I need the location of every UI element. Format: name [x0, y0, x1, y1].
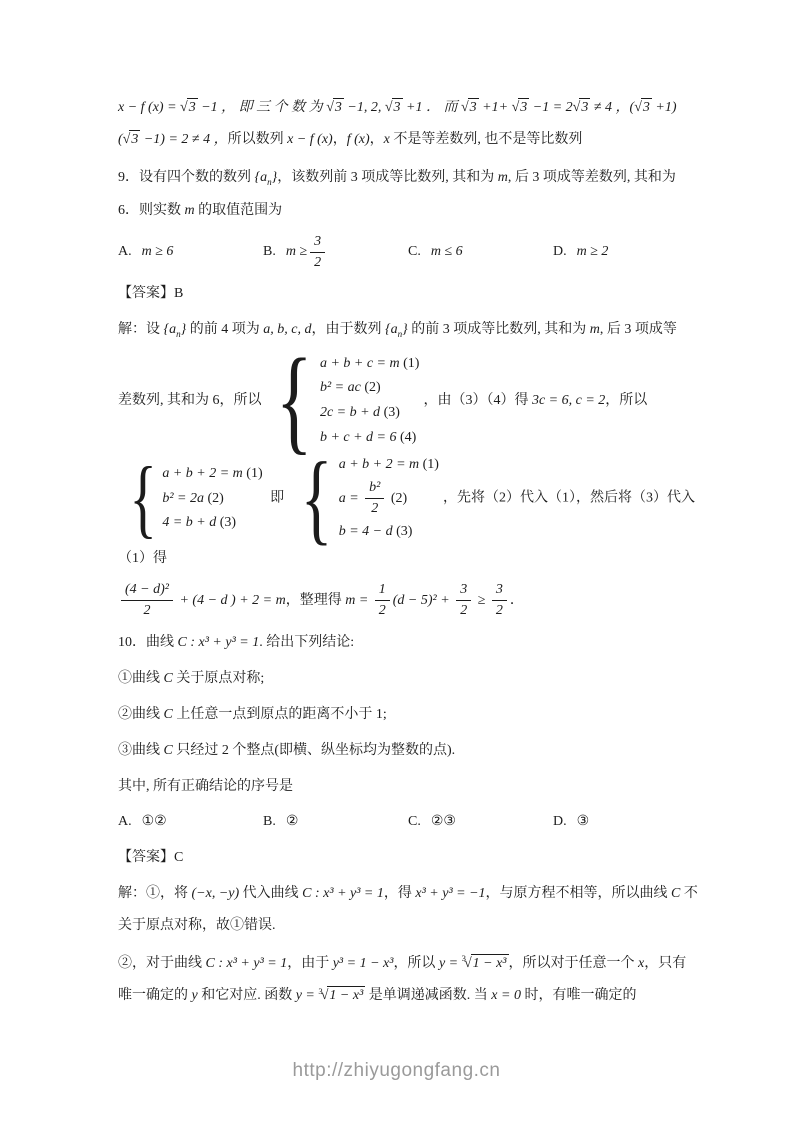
- math-text: m: [590, 322, 600, 337]
- solution-10-part-2: ②，对于曲线 C : x³ + y³ = 1，由于 y³ = 1 − x³，所以…: [118, 948, 698, 1012]
- math-text: m ≥ 6: [142, 238, 174, 266]
- answer-9: 【答案】B: [118, 278, 698, 310]
- option-label: D.: [553, 808, 567, 836]
- math-text: a + b + 2 = m: [339, 457, 419, 472]
- text-run: 的前 3 项成等比数列, 其和为: [408, 322, 590, 337]
- fraction: (4 − d)²2: [121, 581, 173, 620]
- math-text: C: [164, 743, 173, 758]
- radical-sign: √: [180, 100, 187, 115]
- fraction-denominator: 2: [143, 601, 150, 620]
- math-text: C: [164, 671, 173, 686]
- text-run: (3): [393, 524, 413, 539]
- math-text: m: [185, 203, 195, 218]
- footer-url: http://zhiyugongfang.cn: [0, 1060, 793, 1082]
- math-text: 4 = b + d: [162, 515, 216, 530]
- text-run: ，所以对于任意一个: [509, 956, 639, 971]
- radicand: 3: [518, 98, 529, 117]
- text-run: ③曲线: [118, 743, 164, 758]
- square-root: √3: [180, 100, 198, 115]
- radicand: 3: [392, 98, 403, 117]
- system-equation: 4 = b + d (3): [162, 512, 262, 534]
- square-root: √3: [123, 132, 141, 147]
- math-text: a =: [339, 491, 362, 506]
- radical-sign: √: [573, 100, 580, 115]
- fraction: b²2: [365, 479, 384, 518]
- document-content: x − f (x) = √3 −1 ， 即 三 个 数 为 √3 −1, 2, …: [118, 92, 698, 1018]
- text-run: 9．设有四个数的数列: [118, 170, 255, 185]
- system-equation: a + b + c = m (1): [320, 353, 420, 375]
- text-run: ①②: [142, 808, 167, 836]
- fraction-numerator: b²: [365, 479, 384, 499]
- text-run: 是单调递减函数. 当: [365, 988, 491, 1003]
- text-run: , 后 3 项成等: [600, 322, 677, 337]
- option-label: D.: [553, 238, 567, 266]
- math-text: m ≥: [286, 238, 307, 266]
- question-9-options: A.m ≥ 6B.m ≥ 32C.m ≤ 6D.m ≥ 2: [118, 233, 698, 272]
- math-text: b² = 2a: [162, 491, 204, 506]
- radical-sign: √: [512, 100, 519, 115]
- question-9: 9．设有四个数的数列 {an}，该数列前 3 项成等比数列, 其和为 m, 后 …: [118, 162, 698, 226]
- system-equation: a + b + 2 = m (1): [162, 463, 262, 485]
- radicand: 3: [333, 98, 344, 117]
- math-text: −1, 2,: [344, 100, 385, 115]
- equation-system: {a + b + 2 = m (1)a = b²2 (2)b = 4 − d (…: [292, 454, 439, 543]
- text-run: ，得: [384, 886, 416, 901]
- math-text: x − f (x) =: [118, 100, 180, 115]
- conclusion-3: ③曲线 C 只经过 2 个整点(即横、纵坐标均为整数的点).: [118, 735, 698, 767]
- system-rows: a + b + c = m (1)b² = ac (2)2c = b + d (…: [318, 353, 420, 449]
- math-text: y =: [296, 988, 319, 1003]
- text-run: ，: [370, 132, 384, 147]
- radicand: 3: [129, 130, 140, 149]
- math-text: y =: [439, 956, 462, 971]
- system-brace: {: [300, 458, 332, 540]
- math-text: {a: [164, 322, 177, 337]
- math-text: {a: [255, 170, 268, 185]
- text-run: (3): [216, 515, 236, 530]
- text-run: ，: [333, 132, 347, 147]
- text-run: 其中, 所有正确结论的序号是: [118, 779, 293, 794]
- square-root: √3: [326, 100, 344, 115]
- math-text: 3c = 6, c = 2: [532, 393, 605, 408]
- question-9-options-D: D.m ≥ 2: [553, 233, 698, 272]
- text-run: ①曲线: [118, 671, 164, 686]
- fraction-denominator: 2: [379, 601, 386, 620]
- fraction: 32: [456, 581, 471, 620]
- text-run: 代入曲线: [239, 886, 302, 901]
- text-run: ，整理得: [286, 593, 346, 608]
- fraction-numerator: (4 − d)²: [121, 581, 173, 601]
- radical-sign: √: [634, 100, 641, 115]
- cube-root: 3√1 − x³: [318, 988, 365, 1003]
- text-run: (2): [387, 491, 407, 506]
- text-run: . 给出下列结论:: [259, 635, 354, 650]
- question-10-options-B: B.②: [263, 808, 408, 836]
- radical-sign: √: [326, 100, 333, 115]
- math-text: m ≤ 6: [431, 238, 463, 266]
- question-10-prompt: 其中, 所有正确结论的序号是: [118, 771, 698, 803]
- text-run: ，该数列前 3 项成等比数列, 其和为: [277, 170, 498, 185]
- solution-9-conclusion: (4 − d)²2 + (4 − d ) + 2 = m，整理得 m = 12(…: [118, 581, 698, 620]
- option-label: A.: [118, 238, 132, 266]
- text-run: ，所以: [393, 956, 439, 971]
- math-text: +1+: [479, 100, 512, 115]
- system-rows: a + b + 2 = m (1)a = b²2 (2)b = 4 − d (3…: [337, 454, 439, 543]
- conclusion-1: ①曲线 C 关于原点对称;: [118, 663, 698, 695]
- math-text: −1 ， 即 三 个 数 为: [198, 100, 326, 115]
- fraction: 32: [310, 233, 325, 272]
- text-run: 即: [267, 491, 288, 506]
- text-run: ③: [577, 808, 590, 836]
- fraction-numerator: 3: [456, 581, 471, 601]
- text-run: ②: [286, 808, 299, 836]
- square-root: √3: [573, 100, 591, 115]
- text-run: ②，对于曲线: [118, 956, 206, 971]
- text-run: ，由于: [287, 956, 333, 971]
- question-10-options-D: D.③: [553, 808, 698, 836]
- text-run: ，由（3）（4）得: [423, 393, 532, 408]
- text-run: 10．曲线: [118, 635, 178, 650]
- text-run: 差数列, 其和为 6，所以: [118, 393, 262, 408]
- fraction-denominator: 2: [314, 253, 321, 272]
- radicand: 3: [641, 98, 652, 117]
- math-text: 2c = b + d: [320, 405, 380, 420]
- system-equation: a + b + 2 = m (1): [339, 454, 439, 476]
- math-text: x: [384, 132, 394, 147]
- math-text: −1) = 2 ≠ 4 ，: [140, 132, 227, 147]
- text-run: ②③: [431, 808, 456, 836]
- option-label: C.: [408, 238, 421, 266]
- fraction-denominator: 2: [460, 601, 467, 620]
- solution-9-system-1: 差数列, 其和为 6，所以{a + b + c = m (1)b² = ac (…: [118, 353, 698, 449]
- system-equation: b² = 2a (2): [162, 488, 262, 510]
- question-9-options-C: C.m ≤ 6: [408, 233, 553, 272]
- radicand: 3: [468, 98, 479, 117]
- text-run: 只经过 2 个整点(即横、纵坐标均为整数的点).: [173, 743, 455, 758]
- math-text: ≥: [474, 593, 489, 608]
- fraction-denominator: 2: [371, 499, 378, 518]
- text-run: (2): [204, 491, 224, 506]
- system-equation: 2c = b + d (3): [320, 402, 420, 424]
- math-text: x − f (x): [287, 132, 333, 147]
- math-text: m ≥ 2: [577, 238, 609, 266]
- solution-9-system-2: {a + b + 2 = m (1)b² = 2a (2)4 = b + d (…: [118, 454, 698, 575]
- radical-sign: √: [464, 956, 471, 971]
- math-text: −1 = 2: [529, 100, 572, 115]
- math-text: C: [671, 886, 680, 901]
- document-page: x − f (x) = √3 −1 ， 即 三 个 数 为 √3 −1, 2, …: [0, 0, 793, 1122]
- math-text: a + b + c = m: [320, 356, 400, 371]
- text-run: (1): [419, 457, 439, 472]
- equation-system: {a + b + 2 = m (1)b² = 2a (2)4 = b + d (…: [122, 463, 263, 534]
- math-text: a + b + 2 = m: [162, 466, 242, 481]
- math-text: +1 ． 而: [403, 100, 461, 115]
- text-run: ，与原方程不相等，所以曲线: [486, 886, 672, 901]
- text-run: (1): [400, 356, 420, 371]
- radical-sign: √: [123, 132, 130, 147]
- radical-sign: √: [385, 100, 392, 115]
- radical-sign: √: [321, 988, 328, 1003]
- solution-9-setup: 解：设 {an} 的前 4 项为 a, b, c, d，由于数列 {an} 的前…: [118, 314, 698, 346]
- text-run: (1): [243, 466, 263, 481]
- fraction: 12: [375, 581, 390, 620]
- option-label: B.: [263, 808, 276, 836]
- text-run: (2): [361, 380, 381, 395]
- text-run: 所以数列: [228, 132, 288, 147]
- question-10-options: A.①②B.②C.②③D.③: [118, 808, 698, 836]
- square-root: √3: [634, 100, 652, 115]
- text-run: 解：①，将: [118, 886, 192, 901]
- system-brace: {: [129, 463, 157, 534]
- math-text: C : x³ + y³ = 1: [302, 886, 384, 901]
- math-text: x = 0: [491, 988, 521, 1003]
- fraction: 32: [492, 581, 507, 620]
- fraction-numerator: 3: [492, 581, 507, 601]
- text-run: 时，有唯一确定的: [521, 988, 637, 1003]
- radical-sign: √: [461, 100, 468, 115]
- system-equation: a = b²2 (2): [339, 479, 439, 518]
- option-label: B.: [263, 238, 276, 266]
- math-text: b² = ac: [320, 380, 361, 395]
- square-root: √3: [385, 100, 403, 115]
- text-run: (4): [397, 430, 417, 445]
- answer-10: 【答案】C: [118, 842, 698, 874]
- solution-8-continued: x − f (x) = √3 −1 ， 即 三 个 数 为 √3 −1, 2, …: [118, 92, 698, 156]
- system-rows: a + b + 2 = m (1)b² = 2a (2)4 = b + d (3…: [160, 463, 262, 534]
- system-brace: {: [275, 353, 312, 447]
- math-text: (−x, −y): [192, 886, 240, 901]
- square-root: √3: [512, 100, 530, 115]
- text-run: 上任意一点到原点的距离不小于 1;: [173, 707, 387, 722]
- radicand: 3: [187, 98, 198, 117]
- text-run: ，由于数列: [311, 322, 385, 337]
- option-label: C.: [408, 808, 421, 836]
- question-10-options-A: A.①②: [118, 808, 263, 836]
- system-equation: b² = ac (2): [320, 377, 420, 399]
- question-9-options-A: A.m ≥ 6: [118, 233, 263, 272]
- text-run: ．: [510, 593, 524, 608]
- text-run: 和它对应. 函数: [198, 988, 296, 1003]
- radicand: 3: [579, 98, 590, 117]
- system-equation: b = 4 − d (3): [339, 521, 439, 543]
- math-text: C : x³ + y³ = 1: [178, 635, 260, 650]
- fraction-numerator: 1: [375, 581, 390, 601]
- text-run: ，所以: [605, 393, 647, 408]
- system-equation: b + c + d = 6 (4): [320, 427, 420, 449]
- question-10: 10．曲线 C : x³ + y³ = 1. 给出下列结论:: [118, 627, 698, 659]
- math-text: {a: [385, 322, 398, 337]
- radicand: 1 − x³: [471, 954, 509, 973]
- math-text: m: [498, 170, 508, 185]
- math-text: y³ = 1 − x³: [333, 956, 394, 971]
- cube-root: 3√1 − x³: [462, 956, 509, 971]
- math-text: b = 4 − d: [339, 524, 393, 539]
- question-10-options-C: C.②③: [408, 808, 553, 836]
- math-text: + (4 − d ) + 2 = m: [176, 593, 286, 608]
- math-text: f (x): [347, 132, 370, 147]
- text-run: 关于原点对称;: [173, 671, 264, 686]
- text-run: 解：设: [118, 322, 164, 337]
- text-run: 【答案】C: [118, 850, 183, 865]
- text-run: 的取值范围为: [195, 203, 283, 218]
- math-text: C: [164, 707, 173, 722]
- text-run: ②曲线: [118, 707, 164, 722]
- text-run: 【答案】B: [118, 286, 183, 301]
- question-9-options-B: B.m ≥ 32: [263, 233, 408, 272]
- equation-system: {a + b + c = m (1)b² = ac (2)2c = b + d …: [266, 353, 420, 449]
- radicand: 1 − x³: [327, 986, 365, 1005]
- fraction-denominator: 2: [496, 601, 503, 620]
- option-label: A.: [118, 808, 132, 836]
- square-root: √3: [461, 100, 479, 115]
- math-text: m =: [345, 593, 372, 608]
- text-run: (3): [380, 405, 400, 420]
- math-text: C : x³ + y³ = 1: [206, 956, 288, 971]
- math-text: x³ + y³ = −1: [415, 886, 485, 901]
- math-text: ≠ 4 ，: [590, 100, 629, 115]
- math-text: (d − 5)² +: [393, 593, 453, 608]
- solution-10-part-1: 解：①，将 (−x, −y) 代入曲线 C : x³ + y³ = 1，得 x³…: [118, 878, 698, 942]
- text-run: 不是等差数列, 也不是等比数列: [393, 132, 582, 147]
- text-run: 的前 4 项为: [186, 322, 263, 337]
- conclusion-2: ②曲线 C 上任意一点到原点的距离不小于 1;: [118, 699, 698, 731]
- fraction-numerator: 3: [310, 233, 325, 253]
